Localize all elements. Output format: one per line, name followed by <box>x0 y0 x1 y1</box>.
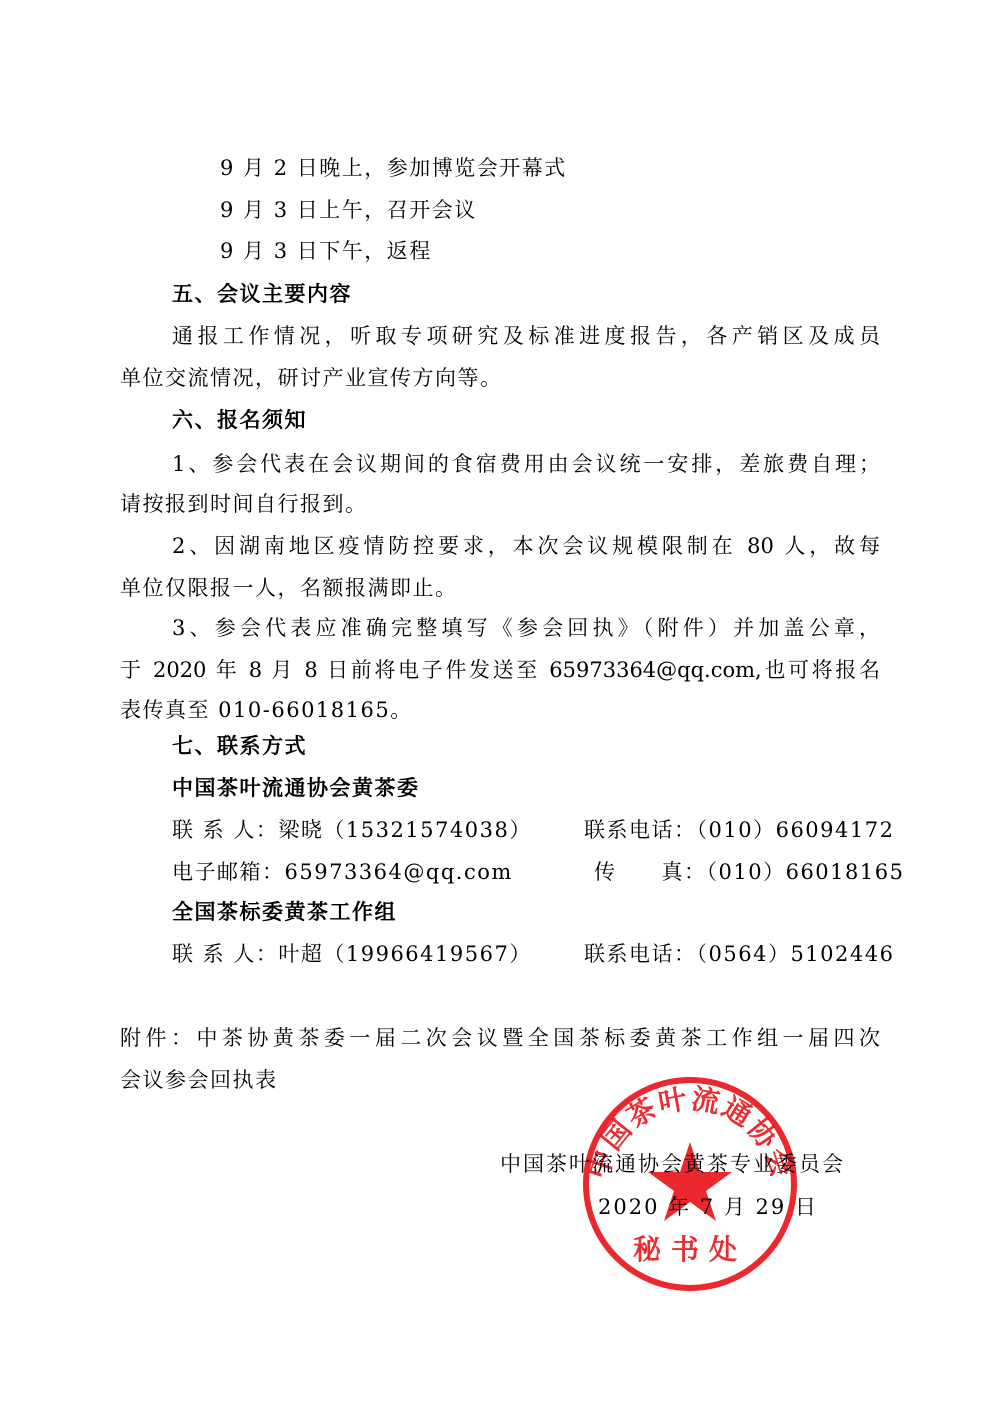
phone-row: 联系电话：（010）66094172 <box>584 816 894 844</box>
paragraph: 单位交流情况，研讨产业宣传方向等。 <box>120 364 503 392</box>
stamp-bottom-text: 秘书处 <box>633 1233 747 1266</box>
paragraph: 3、参会代表应准确完整填写《参会回执》（附件）并加盖公章， <box>172 614 880 642</box>
paragraph: 请按报到时间自行报到。 <box>120 490 368 518</box>
official-seal-stamp: 中国茶叶流通协会 秘书处 <box>580 1074 800 1294</box>
signature-org: 中国茶叶流通协会黄茶专业委员会 <box>500 1150 845 1178</box>
schedule-item: 9 月 3 日上午，召开会议 <box>220 196 477 224</box>
phone-value: （010）66094172 <box>697 818 895 842</box>
paragraph: 于 2020 年 8 月 8 日前将电子件发送至 65973364@qq.com… <box>120 656 880 684</box>
contact-label: 联 系 人： <box>172 818 278 842</box>
phone-value: （0564）5102446 <box>697 942 895 966</box>
paragraph: 表传真至 010-66018165。 <box>120 696 413 724</box>
paragraph: 2、因湖南地区疫情防控要求，本次会议规模限制在 80 人，故每 <box>172 532 880 560</box>
email-row: 电子邮箱：65973364@qq.com <box>172 858 513 886</box>
paragraph: 单位仅限报一人，名额报满即止。 <box>120 574 458 602</box>
schedule-item: 9 月 3 日下午，返程 <box>220 237 432 265</box>
phone-label: 联系电话： <box>584 942 697 966</box>
contact-value: 叶超（19966419567） <box>278 942 531 966</box>
contact-label: 联 系 人： <box>172 942 278 966</box>
attachment-line: 会议参会回执表 <box>120 1066 278 1094</box>
signature-date: 2020 年 7 月 29 日 <box>598 1193 818 1221</box>
org-name: 中国茶叶流通协会黄茶委 <box>172 774 420 802</box>
fax-row: 传 真：（010）66018165 <box>594 858 904 886</box>
email-value[interactable]: 65973364@qq.com <box>285 860 513 884</box>
paragraph: 通报工作情况，听取专项研究及标准进度报告，各产销区及成员 <box>172 322 880 350</box>
section-heading-meeting-content: 五、会议主要内容 <box>172 280 352 308</box>
paragraph: 1、参会代表在会议期间的食宿费用由会议统一安排，差旅费自理； <box>172 450 880 478</box>
contact-row: 联 系 人：梁晓（15321574038） <box>172 816 532 844</box>
section-heading-contact: 七、联系方式 <box>172 732 307 760</box>
fax-label: 传 真： <box>594 860 707 884</box>
email-label: 电子邮箱： <box>172 860 285 884</box>
schedule-item: 9 月 2 日晚上，参加博览会开幕式 <box>220 154 567 182</box>
phone-row: 联系电话：（0564）5102446 <box>584 940 894 968</box>
phone-label: 联系电话： <box>584 818 697 842</box>
section-heading-registration: 六、报名须知 <box>172 406 307 434</box>
fax-value: （010）66018165 <box>707 860 905 884</box>
attachment-line: 附件：中茶协黄茶委一届二次会议暨全国茶标委黄茶工作组一届四次 <box>120 1024 880 1052</box>
contact-row: 联 系 人：叶超（19966419567） <box>172 940 532 968</box>
org-name: 全国茶标委黄茶工作组 <box>172 898 397 926</box>
contact-value: 梁晓（15321574038） <box>278 818 531 842</box>
